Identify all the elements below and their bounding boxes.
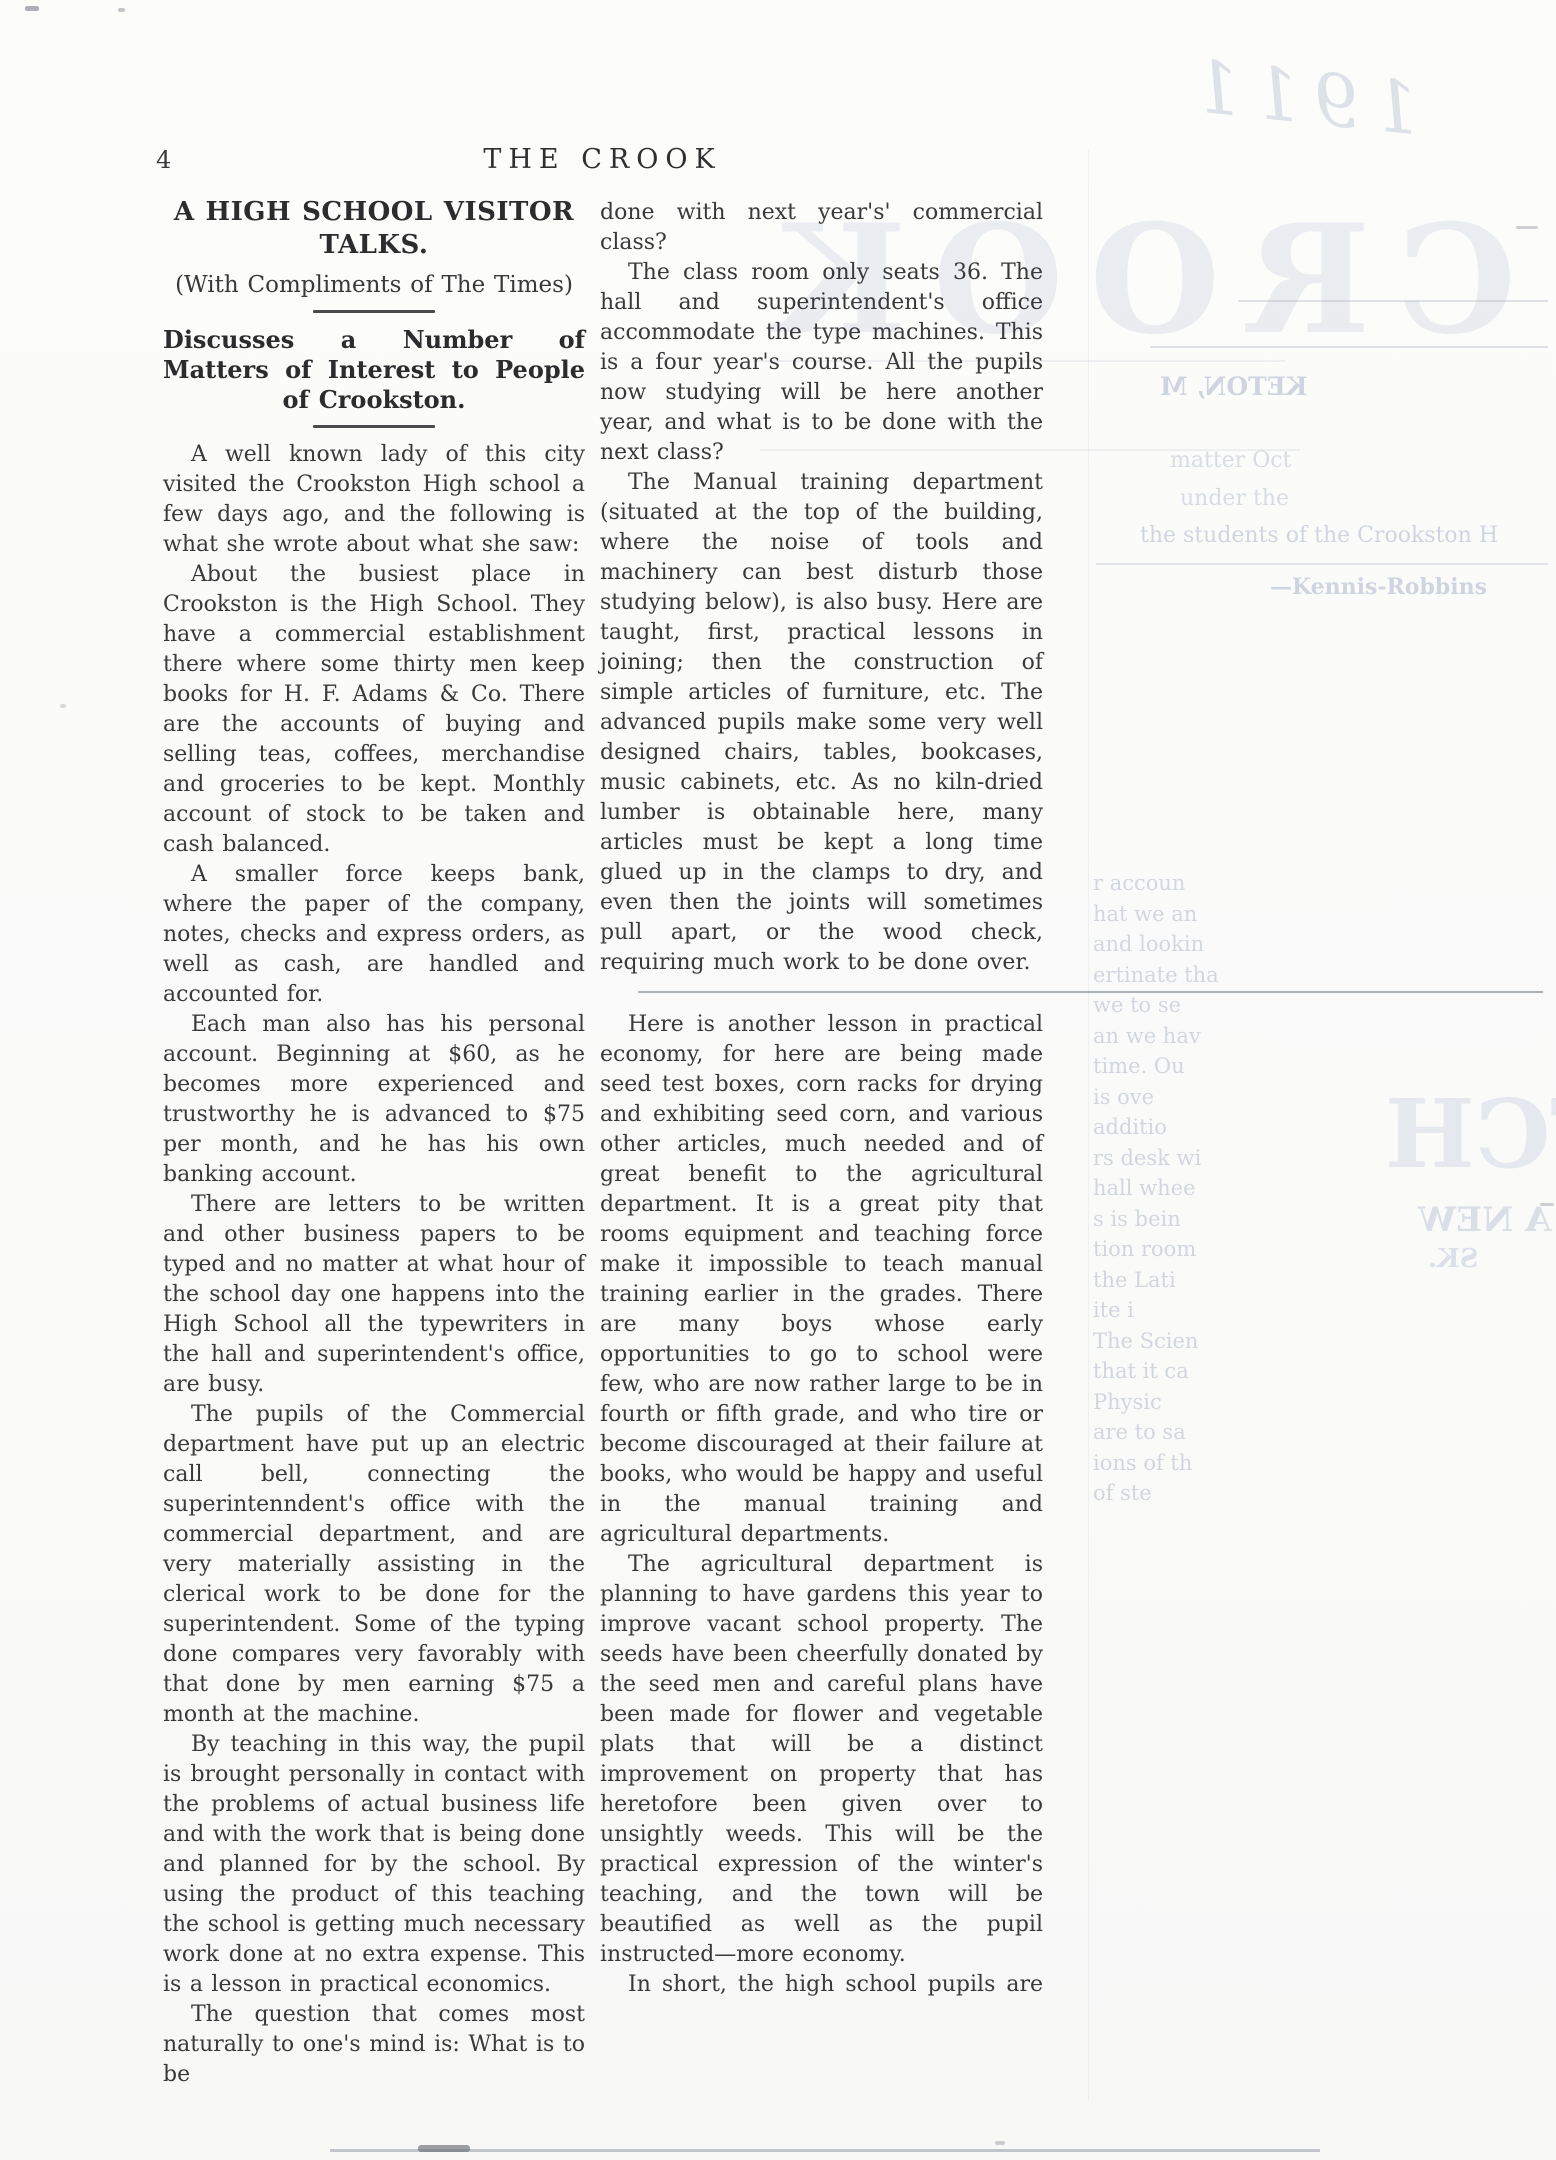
- section-divider-rule: [638, 991, 1543, 993]
- scan-smudge: [418, 2145, 470, 2152]
- scan-smudge: [330, 2149, 1320, 2152]
- column-left: A HIGH SCHOOL VISITOR TALKS. (With Compl…: [163, 196, 585, 2090]
- paragraph: The question that comes most naturally t…: [163, 2000, 585, 2090]
- divider-rule: [313, 425, 435, 428]
- bleedthrough-margin-fragments: r accounhat we anand lookinertinate thaw…: [1093, 868, 1343, 1509]
- paragraph: The class room only seats 36. The hall a…: [600, 258, 1043, 468]
- bleedthrough-rule: [1150, 346, 1548, 348]
- bleedthrough-fragment: The Scien: [1093, 1326, 1343, 1357]
- paragraph: The pupils of the Commercial department …: [163, 1400, 585, 1730]
- scan-speck: [1516, 226, 1538, 229]
- bleedthrough-fragment: of ste: [1093, 1478, 1343, 1509]
- scanned-newspaper-page: THE CROOK 1911 KETON, M matter Oct under…: [0, 0, 1556, 2160]
- scan-speck: [1540, 1203, 1554, 1206]
- masthead: THE CROOK: [165, 144, 1040, 175]
- bleedthrough-subhead-ghost: SK.: [1428, 1244, 1478, 1274]
- bleedthrough-fragment: an we hav: [1093, 1021, 1343, 1052]
- bleedthrough-fragment: ite i: [1093, 1295, 1343, 1326]
- paragraph: A smaller force keeps bank, where the pa…: [163, 860, 585, 1010]
- paragraph: Here is another lesson in practical econ…: [600, 1010, 1043, 1550]
- bleedthrough-line: KETON, M: [1160, 372, 1308, 401]
- scan-speck: [118, 8, 125, 12]
- paragraph: The agricultural department is planning …: [600, 1550, 1043, 1970]
- bleedthrough-fragment: ertinate tha: [1093, 960, 1343, 991]
- bleedthrough-fragment: additio: [1093, 1112, 1343, 1143]
- bleedthrough-headline-ghost: ITCH: [1385, 1085, 1556, 1185]
- bleedthrough-fragment: is ove: [1093, 1082, 1343, 1113]
- article-credit: (With Compliments of The Times): [163, 270, 585, 300]
- bleedthrough-fragment: hall whee: [1093, 1173, 1343, 1204]
- bleedthrough-fragment: ions of th: [1093, 1448, 1343, 1479]
- bleedthrough-fragment: that it ca: [1093, 1356, 1343, 1387]
- paragraph: The Manual training department (situated…: [600, 468, 1043, 978]
- paragraph: About the busiest place in Crookston is …: [163, 560, 585, 860]
- bleedthrough-fragment: tion room: [1093, 1234, 1343, 1265]
- bleedthrough-fragment: and lookin: [1093, 929, 1343, 960]
- bleedthrough-line: the students of the Crookston H: [1140, 523, 1498, 548]
- bleedthrough-subhead-ghost: A NEW: [1418, 1200, 1551, 1240]
- bleedthrough-handwritten-year: 1911: [1176, 43, 1423, 152]
- bleedthrough-fragment: s is bein: [1093, 1204, 1343, 1235]
- paragraph: done with next year's' commercial class?: [600, 198, 1043, 258]
- bleedthrough-fragment: Physic: [1093, 1387, 1343, 1418]
- divider-rule: [313, 310, 435, 313]
- paragraph: There are letters to be written and othe…: [163, 1190, 585, 1400]
- scan-speck: [25, 6, 39, 11]
- paragraph: A well known lady of this city visited t…: [163, 440, 585, 560]
- bleedthrough-fragment: hat we an: [1093, 899, 1343, 930]
- scan-speck: [60, 704, 66, 708]
- bleedthrough-line: —Kennis-Robbins: [1270, 574, 1487, 600]
- scan-speck: [995, 2141, 1005, 2145]
- paragraph: By teaching in this way, the pupil is br…: [163, 1730, 585, 2000]
- column-right: done with next year's' commercial class?…: [600, 198, 1043, 2000]
- bleedthrough-fragment: r accoun: [1093, 868, 1343, 899]
- bleedthrough-rule: [1096, 563, 1548, 565]
- page-crease: [1088, 150, 1089, 2100]
- column1-paragraphs: A well known lady of this city visited t…: [163, 440, 585, 2090]
- bleedthrough-fragment: time. Ou: [1093, 1051, 1343, 1082]
- bleedthrough-line: under the: [1180, 486, 1289, 511]
- paragraph: Each man also has his personal account. …: [163, 1010, 585, 1190]
- bleedthrough-fragment: are to sa: [1093, 1417, 1343, 1448]
- column2-paragraphs-bottom: Here is another lesson in practical econ…: [600, 1010, 1043, 2000]
- paragraph: In short, the high school pupils are: [600, 1970, 1043, 2000]
- bleedthrough-fragment: rs desk wi: [1093, 1143, 1343, 1174]
- column2-paragraphs-top: done with next year's' commercial class?…: [600, 198, 1043, 978]
- bleedthrough-fragment: we to se: [1093, 990, 1343, 1021]
- article-subhead: Discusses a Number of Matters of Interes…: [163, 325, 585, 415]
- bleedthrough-fragment: the Lati: [1093, 1265, 1343, 1296]
- bleedthrough-line: matter Oct: [1170, 448, 1291, 473]
- article-title: A HIGH SCHOOL VISITOR TALKS.: [163, 196, 585, 262]
- bleedthrough-rule: [1238, 300, 1548, 302]
